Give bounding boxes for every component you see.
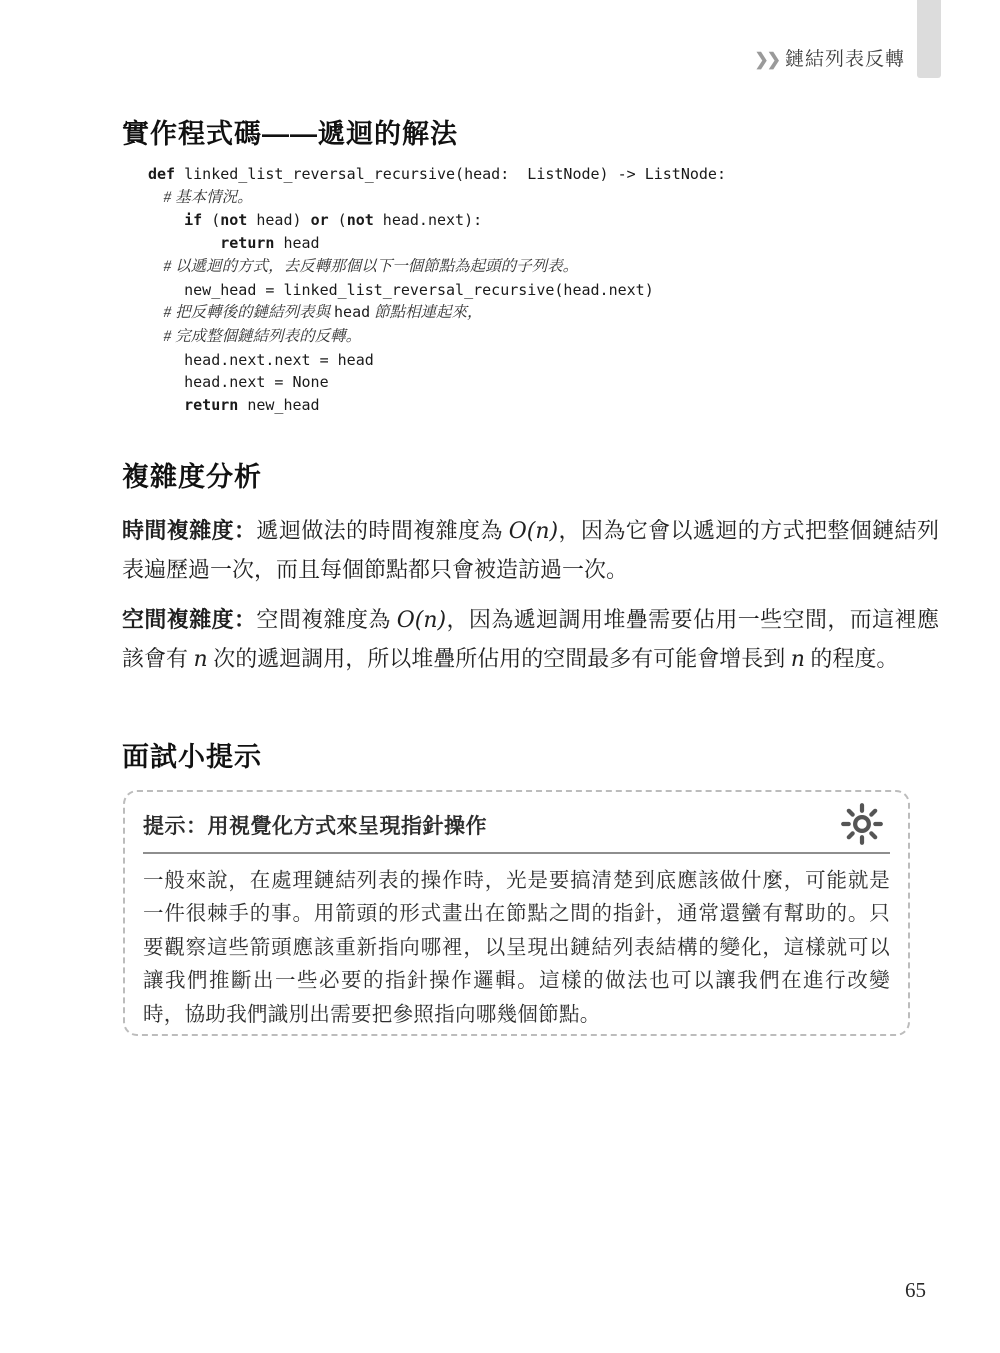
text-segment: if xyxy=(184,211,202,229)
text-segment: # 基本情況。 xyxy=(148,189,253,206)
sun-icon xyxy=(840,802,884,846)
text-segment: ( xyxy=(329,211,347,229)
text-segment: 節點相連起來， xyxy=(370,304,482,321)
text-segment: return xyxy=(220,234,274,252)
text-segment: not xyxy=(347,211,374,229)
text-segment: O(n) xyxy=(509,519,558,544)
chevron-right-icon: ❯❯ xyxy=(754,50,779,69)
text-segment xyxy=(148,234,220,252)
text-segment xyxy=(148,396,184,414)
code-line: head.next.next = head xyxy=(148,349,726,372)
text-segment: head.next.next = head xyxy=(148,351,374,369)
text-segment: 次的遞迴調用，所以堆疊所佔用的空間最多有可能會增長到 xyxy=(208,646,791,671)
running-header-title: 鏈結列表反轉 xyxy=(785,49,905,70)
text-segment: def xyxy=(148,165,175,183)
text-segment: or xyxy=(311,211,329,229)
code-line: new_head = linked_list_reversal_recursiv… xyxy=(148,279,726,302)
text-segment: # 以遞迴的方式，去反轉那個以下一個節點為起頭的子列表。 xyxy=(148,258,578,275)
paragraph-space-complexity: 空間複雜度：空間複雜度為 O(n)，因為遞迴調用堆疊需要佔用一些空間，而這裡應該… xyxy=(122,601,939,680)
text-segment: ( xyxy=(202,211,220,229)
text-segment: return xyxy=(184,396,238,414)
section-heading-interview-tip: 面試小提示 xyxy=(122,735,262,774)
book-page: ❯❯鏈結列表反轉 實作程式碼——遞迴的解法 def linked_list_re… xyxy=(0,0,1000,1353)
text-segment: 空間複雜度： xyxy=(122,607,256,632)
code-line: # 以遞迴的方式，去反轉那個以下一個節點為起頭的子列表。 xyxy=(148,255,726,279)
code-line: return new_head xyxy=(148,394,726,417)
section-heading-complexity: 複雜度分析 xyxy=(122,455,262,494)
text-segment: new_head = linked_list_reversal_recursiv… xyxy=(148,281,654,299)
text-segment: O(n) xyxy=(397,608,446,633)
code-line: def linked_list_reversal_recursive(head:… xyxy=(148,163,726,186)
text-segment: 時間複雜度： xyxy=(122,518,256,543)
paragraph-time-complexity: 時間複雜度：遞迴做法的時間複雜度為 O(n)，因為它會以遞迴的方式把整個鏈結列表… xyxy=(122,512,939,590)
tip-header: 提示：用視覺化方式來呈現指針操作 xyxy=(143,810,890,854)
text-segment: head xyxy=(334,303,370,321)
text-segment: # 完成整個鏈結列表的反轉。 xyxy=(148,328,361,345)
text-segment: new_head xyxy=(238,396,319,414)
code-block: def linked_list_reversal_recursive(head:… xyxy=(148,163,726,417)
text-segment xyxy=(148,211,184,229)
text-segment: n xyxy=(791,647,805,672)
text-segment: 的程度。 xyxy=(805,646,899,671)
page-number: 65 xyxy=(905,1278,926,1303)
text-segment: head.next): xyxy=(374,211,482,229)
code-line: head.next = None xyxy=(148,371,726,394)
tip-title: 提示：用視覺化方式來呈現指針操作 xyxy=(143,815,487,838)
text-segment: not xyxy=(220,211,247,229)
code-line: # 基本情況。 xyxy=(148,186,726,210)
tip-body-text: 一般來說，在處理鏈結列表的操作時，光是要搞清楚到底應該做什麼，可能就是一件很棘手… xyxy=(143,864,890,1031)
tip-callout-box: 提示：用視覺化方式來呈現指針操作 一般來說，在處理鏈結列表的操作時，光是要搞清楚… xyxy=(123,790,910,1036)
text-segment: n xyxy=(194,647,208,672)
text-segment: head xyxy=(274,234,319,252)
text-segment: head.next = None xyxy=(148,373,329,391)
text-segment: head) xyxy=(247,211,310,229)
text-segment: 空間複雜度為 xyxy=(256,607,396,632)
text-segment: linked_list_reversal_recursive(head: Lis… xyxy=(175,165,726,183)
edge-tab-marker xyxy=(917,0,941,78)
code-line: # 完成整個鏈結列表的反轉。 xyxy=(148,325,726,349)
code-line: if (not head) or (not head.next): xyxy=(148,209,726,232)
text-segment: # 把反轉後的鏈結列表與 xyxy=(148,304,334,321)
section-heading-implementation: 實作程式碼——遞迴的解法 xyxy=(122,112,458,151)
text-segment: 遞迴做法的時間複雜度為 xyxy=(256,518,508,543)
running-header: ❯❯鏈結列表反轉 xyxy=(754,44,905,71)
code-line: return head xyxy=(148,232,726,255)
code-line: # 把反轉後的鏈結列表與 head 節點相連起來， xyxy=(148,301,726,325)
